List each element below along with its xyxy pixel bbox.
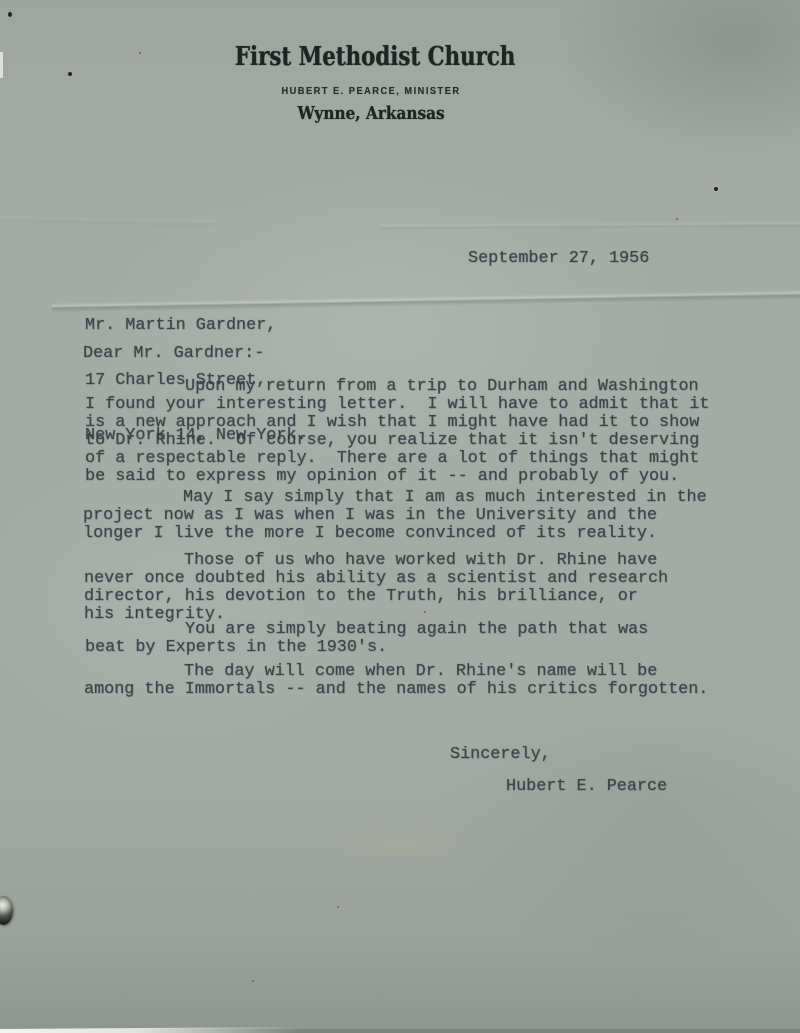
paper-speck bbox=[676, 218, 678, 220]
letter-scan: First Methodist Church HUBERT E. PEARCE,… bbox=[0, 0, 800, 1033]
signature: Hubert E. Pearce bbox=[506, 778, 667, 796]
salutation: Dear Mr. Gardner:- bbox=[83, 345, 264, 363]
paper-speck bbox=[337, 906, 339, 908]
body-paragraph: The day will come when Dr. Rhine's name … bbox=[84, 663, 744, 699]
letterhead-location: Wynne, Arkansas bbox=[297, 103, 444, 124]
paper-speck bbox=[252, 980, 254, 982]
clip-artifact bbox=[0, 896, 13, 925]
paper-edge-highlight bbox=[0, 1027, 300, 1033]
body-paragraph: May I say simply that I am as much inter… bbox=[83, 489, 743, 543]
paper-stain bbox=[335, 828, 465, 862]
paper-speck bbox=[714, 187, 718, 191]
letterhead-church-name: First Methodist Church bbox=[235, 42, 515, 72]
paper-crease bbox=[380, 221, 800, 231]
recipient-line: Mr. Martin Gardner, bbox=[85, 317, 307, 335]
body-paragraph: Upon my return from a trip to Durham and… bbox=[85, 378, 745, 486]
letterhead-minister-line: HUBERT E. PEARCE, MINISTER bbox=[281, 85, 460, 97]
body-paragraph: You are simply beating again the path th… bbox=[85, 621, 745, 657]
paper-speck bbox=[139, 52, 141, 54]
paper-speck bbox=[8, 12, 12, 17]
paper-bottom-edge bbox=[0, 1029, 800, 1033]
closing: Sincerely, bbox=[450, 746, 551, 764]
letter-date: September 27, 1956 bbox=[468, 250, 649, 268]
paper-crease bbox=[0, 216, 220, 227]
paper-edge-notch bbox=[0, 52, 3, 78]
body-paragraph: Those of us who have worked with Dr. Rhi… bbox=[84, 552, 744, 624]
paper-speck bbox=[68, 72, 72, 76]
